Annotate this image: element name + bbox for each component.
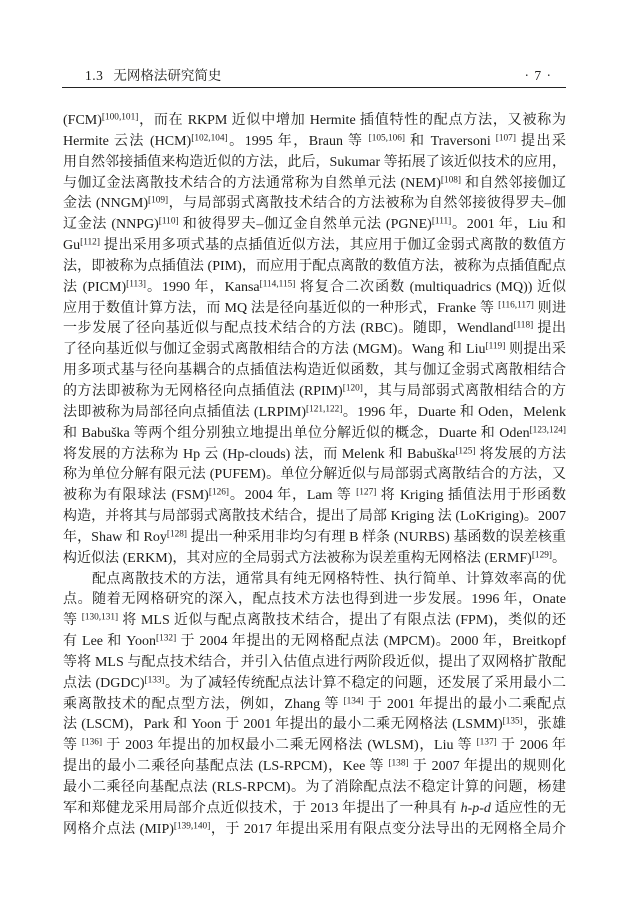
citation-ref: [139,140] [174, 821, 210, 831]
text-line: 构造，并将其与局部弱式离散技术结合，提出了局部 Kriging 法 (LoKri… [63, 507, 566, 528]
citation-ref: [109] [148, 196, 168, 206]
citation-ref: [127] [356, 488, 376, 498]
text-line: Gu[112] 提出采用多项式基的点插值近似方法，其应用于伽辽金弱式离散的数值方 [63, 236, 566, 257]
text-line: 等将 MLS 与配点技术结合，并引入估值点进行两阶段近似，提出了双网格扩散配 [63, 653, 566, 674]
text-line: 被称为有限球法 (FSM)[126]。2004 年，Lam 等 [127] 将 … [63, 486, 566, 507]
text-line: 提出的最小二乘径向基配点法 (LS-RPCM)，Kee 等 [138] 于 20… [63, 757, 566, 778]
text-line: 网格介点法 (MIP)[139,140]，于 2017 年提出采用有限点变分法导… [63, 820, 566, 841]
text-line: 等 [130,131] 将 MLS 近似与配点离散技术结合，提出了有限点法 (F… [63, 611, 566, 632]
text-line: 与伽辽金法离散技术结合的方法通常称为自然单元法 (NEM)[108] 和自然邻接… [63, 174, 566, 195]
text-line: 点法 (DGDC)[133]。为了减轻传统配点法计算不稳定的问题，还发展了采用最… [63, 674, 566, 695]
text-line: 配点离散技术的方法，通常具有纯无网格特性、执行简单、计算效率高的优 [63, 570, 566, 591]
page-number: · 7 · [525, 67, 567, 84]
citation-ref: [135] [503, 717, 523, 727]
citation-ref: [121,122] [306, 404, 342, 414]
citation-ref: [113] [126, 279, 146, 289]
text-line: 用多项式基与径向基耦合的点插值法构造近似函数，其与伽辽金弱式离散相结合 [63, 361, 566, 382]
citation-ref: [129] [532, 550, 552, 560]
text-line: 一步发展了径向基近似与配点技术结合的方法 (RBC)。随即，Wendland[1… [63, 319, 566, 340]
citation-ref: [125] [455, 446, 475, 456]
citation-ref: [130,131] [82, 613, 118, 623]
citation-ref: [120] [343, 383, 363, 393]
citation-ref: [110] [159, 217, 179, 227]
text-line: 了径向基近似与伽辽金弱式离散相结合的方法 (MGM)。Wang 和 Liu[11… [63, 340, 566, 361]
text-line: 应用于数值计算方法，而 MQ 法是径向基近似的一种形式，Franke 等 [11… [63, 299, 566, 320]
text-line: 称为单位分解有限元法 (PUFEM)。单位分解近似与局部弱式离散结合的方法，又 [63, 465, 566, 486]
citation-ref: [116,117] [498, 300, 534, 310]
citation-ref: [137] [477, 738, 497, 748]
running-header: 1.3无网格法研究简史 · 7 · [62, 67, 566, 84]
citation-ref: [111] [432, 217, 451, 227]
text-line: 的方法即被称为无网格径向点插值法 (RPIM)[120]，其与局部弱式离散相结合… [63, 382, 566, 403]
text-line: 军和郑健龙采用局部介点近似技术，于 2013 年提出了一种具有 h-p-d 适应… [63, 799, 566, 820]
citation-ref: [133] [145, 675, 165, 685]
text-line: 金法 (NNGM)[109]，与局部弱式离散技术结合的方法被称为自然邻接彼得罗夫… [63, 194, 566, 215]
body-text: (FCM)[100,101]，而在 RKPM 近似中增加 Hermite 插值特… [63, 111, 566, 841]
book-page: 1.3无网格法研究简史 · 7 · (FCM)[100,101]，而在 RKPM… [0, 0, 638, 903]
citation-ref: [105,106] [369, 133, 405, 143]
text-line: 乘离散技术的配点型方法，例如，Zhang 等 [134] 于 2001 年提出的… [63, 695, 566, 716]
text-line: 等 [136] 于 2003 年提出的加权最小二乘无网格法 (WLSM)，Liu… [63, 736, 566, 757]
text-line: 和 Babuška 等两个组分别独立地提出单位分解近似的概念，Duarte 和 … [63, 424, 566, 445]
citation-ref: [102,104] [191, 133, 227, 143]
text-line: (FCM)[100,101]，而在 RKPM 近似中增加 Hermite 插值特… [63, 111, 566, 132]
citation-ref: [123,124] [530, 425, 566, 435]
text-line: 最小二乘径向基配点法 (RLS-RPCM)。为了消除配点法不稳定计算的问题，杨建 [63, 778, 566, 799]
citation-ref: [134] [343, 696, 363, 706]
citation-ref: [132] [156, 634, 176, 644]
text-line: 将发展的方法称为 Hp 云 (Hp-clouds) 法，而 Melenk 和 B… [63, 445, 566, 466]
text-line: Hermite 云法 (HCM)[102,104]。1995 年，Braun 等… [63, 132, 566, 153]
text-line: 年，Shaw 和 Roy[128] 提出一种采用非均匀有理 B 样条 (NURB… [63, 528, 566, 549]
header-rule [62, 87, 566, 88]
text-line: 用自然邻接插值来构造近似的方法，此后，Sukumar 等拓展了该近似技术的应用， [63, 153, 566, 174]
section-number: 1.3 [85, 68, 103, 83]
text-line: 法，即被称为点插值法 (PIM)，而应用于配点离散的数值方法，被称为点插值配点 [63, 257, 566, 278]
text-line: 法 (PICM)[113]。1990 年，Kansa[114,115] 将复合二… [63, 278, 566, 299]
header-section: 1.3无网格法研究简史 [62, 67, 221, 84]
citation-ref: [118] [513, 321, 533, 331]
text-line: 法即被称为局部径向点插值法 (LRPIM)[121,122]。1996 年，Du… [63, 403, 566, 424]
citation-ref: [107] [496, 133, 516, 143]
math-italic: h-p-d [461, 801, 491, 816]
citation-ref: [138] [388, 759, 408, 769]
text-line: 法 (LSCM)，Park 和 Yoon 于 2001 年提出的最小二乘无网格法… [63, 715, 566, 736]
citation-ref: [136] [82, 738, 102, 748]
text-line: 有 Lee 和 Yoon[132] 于 2004 年提出的无网格配点法 (MPC… [63, 632, 566, 653]
citation-ref: [114,115] [260, 279, 296, 289]
citation-ref: [128] [167, 529, 187, 539]
citation-ref: [100,101] [102, 113, 138, 123]
citation-ref: [112] [80, 238, 100, 248]
citation-ref: [119] [486, 342, 506, 352]
citation-ref: [126] [209, 488, 229, 498]
text-line: 辽金法 (NNPG)[110] 和彼得罗夫–伽辽金自然单元法 (PGNE)[11… [63, 215, 566, 236]
citation-ref: [108] [441, 175, 461, 185]
text-line: 点。随着无网格研究的深入，配点技术方法也得到进一步发展。1996 年，Onate [63, 590, 566, 611]
section-title: 无网格法研究简史 [113, 68, 221, 83]
text-line: 构近似法 (ERKM)，其对应的全局弱式方法被称为误差重构无网格法 (ERMF)… [63, 549, 566, 570]
